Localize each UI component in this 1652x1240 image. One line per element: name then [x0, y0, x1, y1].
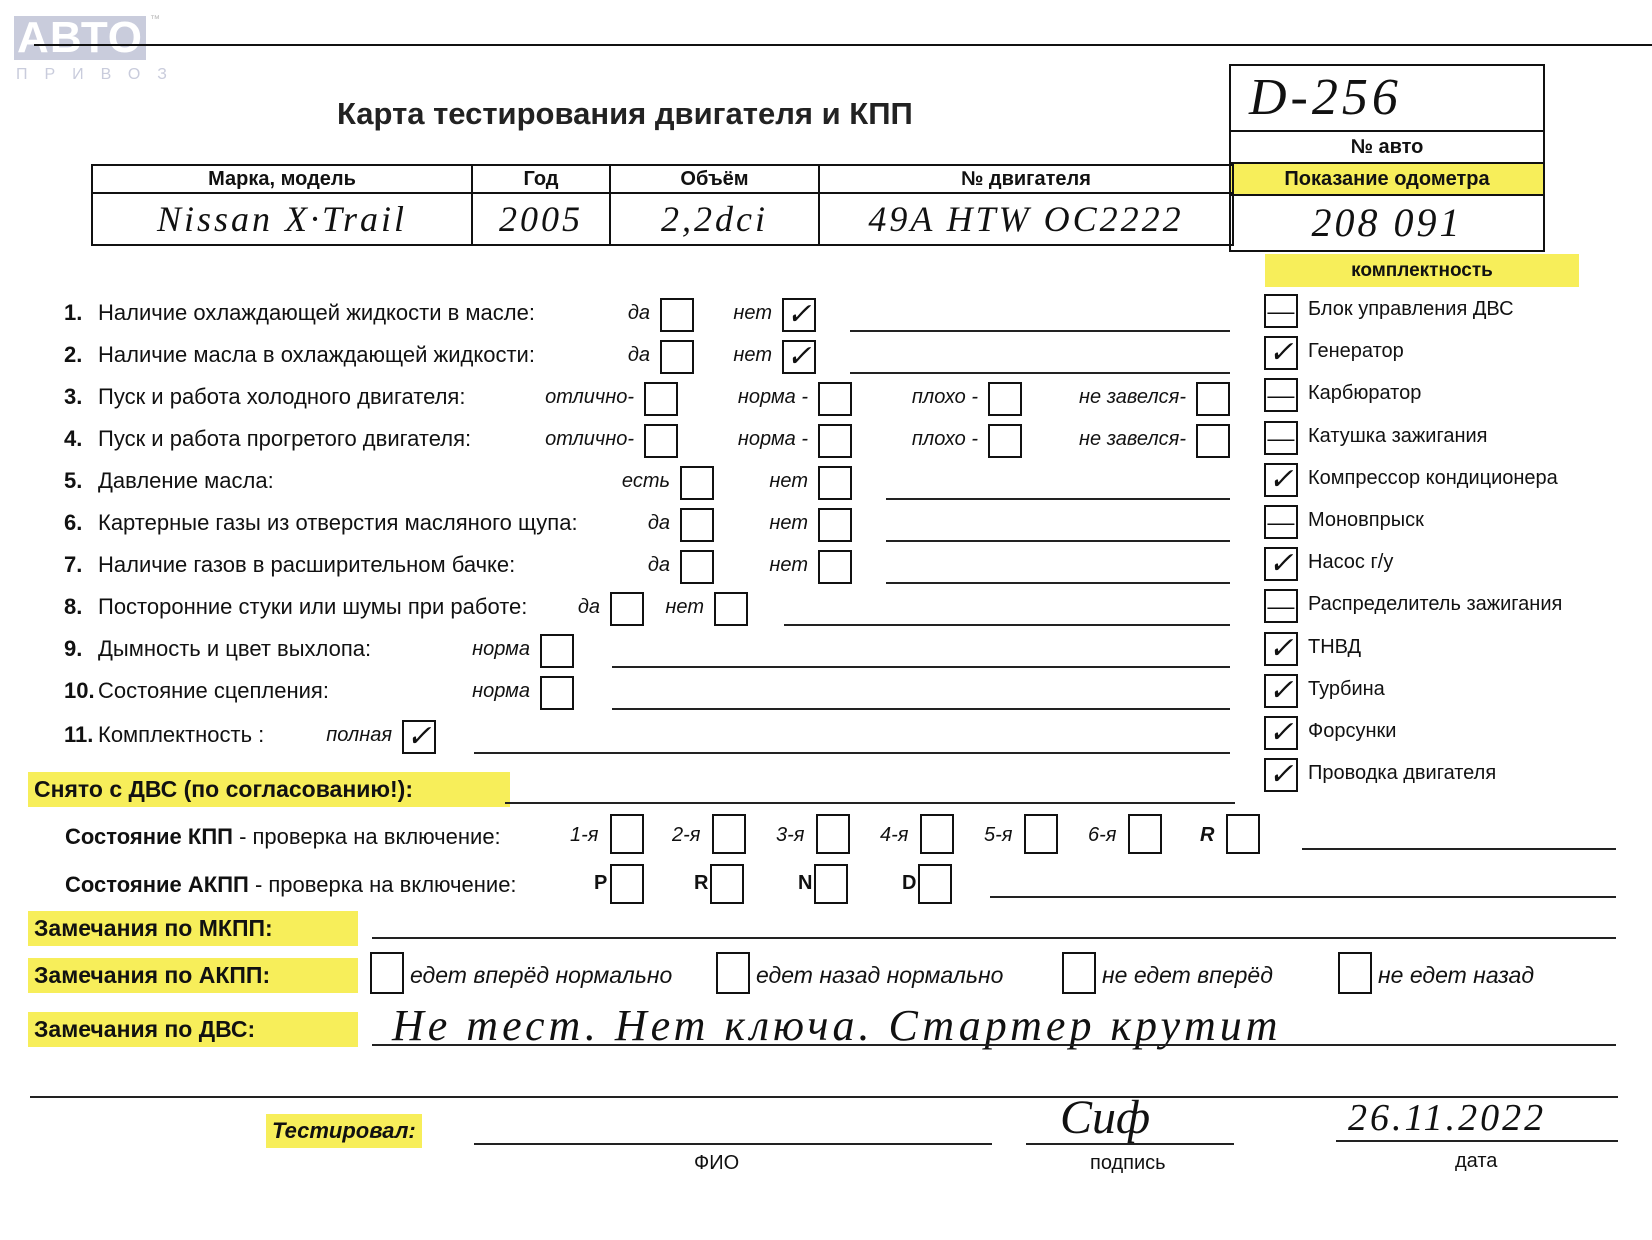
make-model-value[interactable]: Nissan X·Trail: [92, 193, 472, 245]
top-divider: [34, 44, 1652, 46]
completeness-checkbox[interactable]: ✓: [1264, 463, 1298, 497]
check-option-label: плохо -: [904, 386, 984, 409]
completeness-checkbox[interactable]: ✓: [1264, 758, 1298, 792]
akpp-gear-checkbox[interactable]: [610, 864, 644, 904]
check-row-label: 3.Пуск и работа холодного двигателя:: [64, 384, 465, 410]
akpp-remark-checkbox[interactable]: [370, 952, 404, 994]
kpp-label: Состояние КПП - проверка на включение:: [65, 824, 501, 850]
check-option-label: не завелся-: [1064, 386, 1192, 409]
check-option-checkbox[interactable]: ✓: [782, 340, 816, 374]
check-option-checkbox[interactable]: [680, 508, 714, 542]
check-option-label: да: [646, 554, 676, 577]
check-option-label: да: [574, 596, 606, 619]
check-option-checkbox[interactable]: [818, 382, 852, 416]
check-row-label: 9.Дымность и цвет выхлопа:: [64, 636, 371, 662]
kpp-gear-checkbox[interactable]: [712, 814, 746, 854]
kpp-gear-label: 1-я: [570, 824, 598, 847]
check-option-checkbox[interactable]: [660, 298, 694, 332]
check-notes-field[interactable]: [850, 330, 1230, 332]
kpp-gear-label: 4-я: [880, 824, 908, 847]
check-notes-field[interactable]: [784, 624, 1230, 626]
akpp-gear-checkbox[interactable]: [918, 864, 952, 904]
check-option-label: норма: [466, 638, 536, 661]
check-row-text: Пуск и работа холодного двигателя:: [98, 384, 465, 409]
check-option-checkbox[interactable]: [818, 466, 852, 500]
kpp-label-bold: Состояние КПП: [65, 824, 233, 849]
auto-number-box: D-256 № авто Показание одометра 208 091: [1229, 64, 1545, 252]
check-option-label: нет: [762, 470, 814, 493]
completeness-checkbox[interactable]: —: [1264, 294, 1298, 328]
check-option-label: нет: [762, 554, 814, 577]
check-row-number: 5.: [64, 468, 98, 494]
check-option-checkbox[interactable]: [540, 676, 574, 710]
avto-privoz-logo: АВТО: [14, 16, 146, 60]
kpp-gear-label: 3-я: [776, 824, 804, 847]
check-option-label: нет: [726, 302, 778, 325]
remarks-akpp-label: Замечания по АКПП:: [28, 958, 358, 993]
kpp-gear-label: R: [1200, 824, 1214, 847]
remarks-dvs-label: Замечания по ДВС:: [28, 1012, 358, 1047]
check-option-label: норма -: [730, 386, 814, 409]
akpp-gear-checkbox[interactable]: [710, 864, 744, 904]
akpp-remark-checkbox[interactable]: [1062, 952, 1096, 994]
check-option-checkbox[interactable]: [540, 634, 574, 668]
check-row-number: 3.: [64, 384, 98, 410]
akpp-label-bold: Состояние АКПП: [65, 872, 249, 897]
check-option-checkbox[interactable]: [818, 424, 852, 458]
completeness-item-label: Генератор: [1308, 340, 1404, 363]
completeness-checkbox[interactable]: ✓: [1264, 716, 1298, 750]
akpp-remark-label: не едет вперёд: [1102, 962, 1273, 989]
odometer-value[interactable]: 208 091: [1231, 194, 1543, 250]
check-row-label: 11.Комплектность :: [64, 722, 264, 748]
kpp-notes-field[interactable]: [1302, 848, 1616, 850]
check-row-text: Наличие масла в охлаждающей жидкости:: [98, 342, 535, 367]
remarks-mkpp-label: Замечания по МКПП:: [28, 911, 358, 946]
akpp-remark-label: едет вперёд нормально: [410, 962, 672, 989]
kpp-gear-label: 5-я: [984, 824, 1012, 847]
completeness-item-label: Насос г/у: [1308, 551, 1393, 574]
completeness-item-label: Распределитель зажигания: [1308, 593, 1562, 616]
engine-number-value[interactable]: 49A HTW OC2222: [819, 193, 1233, 245]
completeness-item-label: Турбина: [1308, 678, 1385, 701]
akpp-gear-checkbox[interactable]: [814, 864, 848, 904]
completeness-checkbox[interactable]: —: [1264, 421, 1298, 455]
akpp-remark-label: не едет назад: [1378, 962, 1534, 989]
check-option-checkbox[interactable]: [988, 382, 1022, 416]
completeness-item-label: ТНВД: [1308, 636, 1361, 659]
check-row-label: 8.Посторонние стуки или шумы при работе:: [64, 594, 527, 620]
check-option-checkbox[interactable]: [644, 382, 678, 416]
completeness-item-label: Форсунки: [1308, 720, 1396, 743]
check-row-number: 8.: [64, 594, 98, 620]
check-option-checkbox[interactable]: [714, 592, 748, 626]
date-value[interactable]: 26.11.2022: [1348, 1096, 1546, 1140]
check-row-number: 6.: [64, 510, 98, 536]
signature-value[interactable]: Сиф: [1060, 1090, 1150, 1145]
kpp-gear-label: 6-я: [1088, 824, 1116, 847]
kpp-gear-checkbox[interactable]: [1128, 814, 1162, 854]
col-make-model: Марка, модель: [92, 165, 472, 193]
col-year: Год: [472, 165, 610, 193]
col-volume: Объём: [610, 165, 819, 193]
check-row-text: Картерные газы из отверстия масляного щу…: [98, 510, 578, 535]
remarks-dvs-field: [372, 1044, 1616, 1046]
check-row-text: Пуск и работа прогретого двигателя:: [98, 426, 471, 451]
check-row-label: 1.Наличие охлаждающей жидкости в масле:: [64, 300, 535, 326]
signature-caption: подпись: [1090, 1152, 1166, 1175]
check-option-checkbox[interactable]: ✓: [782, 298, 816, 332]
check-option-checkbox[interactable]: [660, 340, 694, 374]
check-option-checkbox[interactable]: [988, 424, 1022, 458]
check-option-label: отлично-: [536, 428, 640, 451]
check-option-label: плохо -: [904, 428, 984, 451]
check-option-checkbox[interactable]: [818, 508, 852, 542]
completeness-item-label: Проводка двигателя: [1308, 762, 1496, 785]
check-row-label: 4.Пуск и работа прогретого двигателя:: [64, 426, 471, 452]
kpp-gear-checkbox[interactable]: [920, 814, 954, 854]
removed-parts-label: Снято с ДВС (по согласованию!):: [28, 772, 510, 807]
check-row-number: 1.: [64, 300, 98, 326]
check-option-checkbox[interactable]: [610, 592, 644, 626]
fio-caption: ФИО: [694, 1152, 739, 1175]
check-option-label: отлично-: [536, 386, 640, 409]
check-row-number: 11.: [64, 722, 98, 748]
akpp-label: Состояние АКПП - проверка на включение:: [65, 872, 517, 898]
completeness-item-label: Карбюратор: [1308, 382, 1421, 405]
check-option-label: норма -: [730, 428, 814, 451]
check-row-text: Давление масла:: [98, 468, 274, 493]
check-row-text: Наличие газов в расширительном бачке:: [98, 552, 515, 577]
logo-subtitle: ПРИВОЗ: [16, 66, 184, 84]
check-row-text: Состояние сцепления:: [98, 678, 329, 703]
trademark-mark: ™: [150, 14, 160, 25]
akpp-gear-label: P: [594, 872, 607, 895]
kpp-gear-checkbox[interactable]: [610, 814, 644, 854]
check-row-label: 10.Состояние сцепления:: [64, 678, 329, 704]
auto-number-label: № авто: [1231, 130, 1543, 162]
check-notes-field[interactable]: [886, 540, 1230, 542]
signature-field: [1026, 1143, 1234, 1145]
completeness-checkbox[interactable]: ✓: [1264, 632, 1298, 666]
akpp-notes-field[interactable]: [990, 896, 1616, 898]
akpp-gear-label: D: [902, 872, 916, 895]
tested-by-label: Тестировал:: [266, 1114, 422, 1148]
check-option-label: нет: [658, 596, 710, 619]
check-notes-field[interactable]: [612, 666, 1230, 668]
removed-parts-field[interactable]: [505, 802, 1235, 804]
check-option-checkbox[interactable]: ✓: [402, 720, 436, 754]
akpp-label-rest: - проверка на включение:: [249, 872, 517, 897]
check-notes-field[interactable]: [886, 582, 1230, 584]
check-option-label: не завелся-: [1064, 428, 1192, 451]
check-notes-field[interactable]: [612, 708, 1230, 710]
akpp-remark-label: едет назад нормально: [756, 962, 1003, 989]
check-option-checkbox[interactable]: [1196, 382, 1230, 416]
check-row-number: 4.: [64, 426, 98, 452]
auto-number-value[interactable]: D-256: [1231, 66, 1543, 130]
date-caption: дата: [1455, 1150, 1497, 1173]
check-option-label: полная: [320, 724, 398, 747]
check-row-number: 2.: [64, 342, 98, 368]
check-option-label: есть: [616, 470, 676, 493]
completeness-item-label: Компрессор кондиционера: [1308, 467, 1558, 490]
vehicle-info-table: Марка, модель Год Объём № двигателя Niss…: [91, 164, 1234, 246]
kpp-gear-checkbox[interactable]: [816, 814, 850, 854]
check-option-checkbox[interactable]: [1196, 424, 1230, 458]
completeness-item-label: Моновпрыск: [1308, 509, 1424, 532]
kpp-gear-checkbox[interactable]: [1226, 814, 1260, 854]
akpp-gear-label: N: [798, 872, 812, 895]
check-option-label: нет: [726, 344, 778, 367]
fio-field[interactable]: [474, 1143, 992, 1145]
check-notes-field[interactable]: [474, 752, 1230, 754]
completeness-checkbox[interactable]: —: [1264, 589, 1298, 623]
check-row-number: 10.: [64, 678, 98, 704]
check-option-checkbox[interactable]: [644, 424, 678, 458]
check-row-number: 7.: [64, 552, 98, 578]
completeness-checkbox[interactable]: ✓: [1264, 547, 1298, 581]
remarks-mkpp-field[interactable]: [372, 937, 1616, 939]
check-row-label: 5.Давление масла:: [64, 468, 274, 494]
check-option-label: да: [606, 302, 656, 325]
completeness-checkbox[interactable]: ✓: [1264, 336, 1298, 370]
akpp-remark-checkbox[interactable]: [1338, 952, 1372, 994]
completeness-checkbox[interactable]: —: [1264, 505, 1298, 539]
akpp-gear-label: R: [694, 872, 708, 895]
kpp-label-rest: - проверка на включение:: [233, 824, 501, 849]
col-engine-number: № двигателя: [819, 165, 1233, 193]
year-value[interactable]: 2005: [472, 193, 610, 245]
check-option-label: нет: [762, 512, 814, 535]
akpp-remark-checkbox[interactable]: [716, 952, 750, 994]
check-option-label: да: [606, 344, 656, 367]
kpp-gear-checkbox[interactable]: [1024, 814, 1058, 854]
volume-value[interactable]: 2,2dci: [610, 193, 819, 245]
completeness-item-label: Блок управления ДВС: [1308, 298, 1514, 321]
check-option-checkbox[interactable]: [680, 466, 714, 500]
check-option-label: норма: [466, 680, 536, 703]
completeness-checkbox[interactable]: ✓: [1264, 674, 1298, 708]
check-notes-field[interactable]: [850, 372, 1230, 374]
check-option-checkbox[interactable]: [818, 550, 852, 584]
check-option-label: да: [646, 512, 676, 535]
date-field: [1336, 1140, 1618, 1142]
completeness-header: комплектность: [1265, 254, 1579, 287]
check-row-text: Комплектность :: [98, 722, 264, 747]
check-notes-field[interactable]: [886, 498, 1230, 500]
check-row-number: 9.: [64, 636, 98, 662]
odometer-label: Показание одометра: [1231, 162, 1543, 194]
check-row-text: Дымность и цвет выхлопа:: [98, 636, 371, 661]
kpp-gear-label: 2-я: [672, 824, 700, 847]
completeness-item-label: Катушка зажигания: [1308, 425, 1488, 448]
check-row-text: Наличие охлаждающей жидкости в масле:: [98, 300, 535, 325]
check-option-checkbox[interactable]: [680, 550, 714, 584]
check-row-label: 2.Наличие масла в охлаждающей жидкости:: [64, 342, 535, 368]
completeness-checkbox[interactable]: —: [1264, 378, 1298, 412]
check-row-label: 6.Картерные газы из отверстия масляного …: [64, 510, 578, 536]
check-row-label: 7.Наличие газов в расширительном бачке:: [64, 552, 515, 578]
page-title: Карта тестирования двигателя и КПП: [337, 96, 913, 132]
check-row-text: Посторонние стуки или шумы при работе:: [98, 594, 527, 619]
